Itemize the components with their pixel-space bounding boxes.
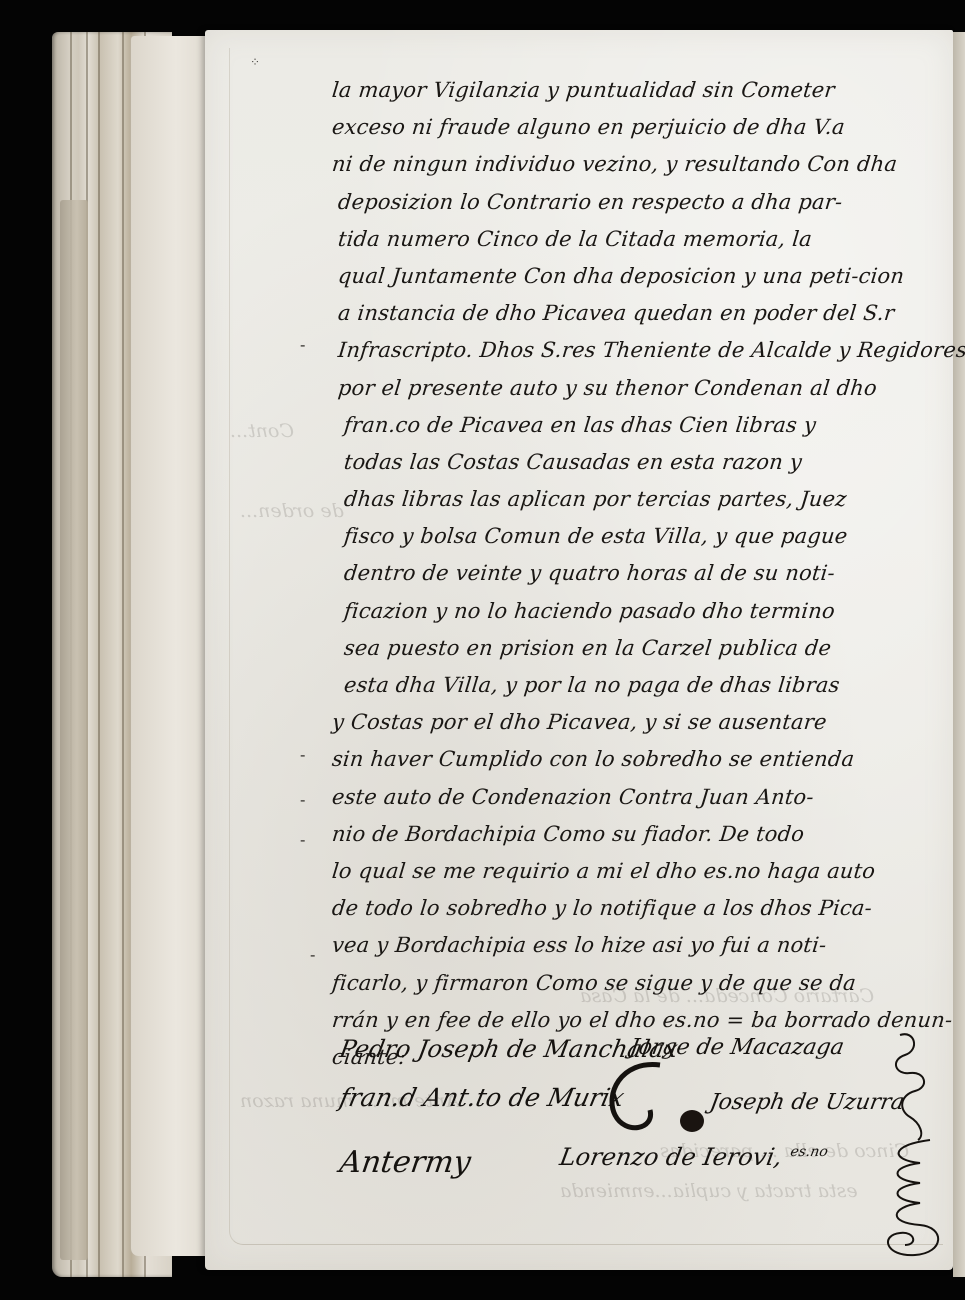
text-line: y Costas por el dho Picavea, y si se aus…	[328, 704, 942, 741]
margin-dash: -	[300, 335, 305, 354]
margin-dash: -	[300, 830, 305, 849]
text-line: exceso ni fraude alguno en perjuicio de …	[328, 109, 942, 146]
signature: fran.d Ant.to de Murix	[337, 1083, 627, 1112]
text-line: sin haver Cumplido con lo sobredho se en…	[328, 741, 942, 778]
text-line: de todo lo sobredho y lo notifique a los…	[328, 890, 942, 927]
text-line: tida numero Cinco de la Citada memoria, …	[328, 221, 942, 258]
text-line: dhas libras las aplican por tercias part…	[328, 481, 942, 518]
text-line: sea puesto en prision en la Carzel publi…	[328, 630, 942, 667]
signature: Lorenzo de Ierovi, es.no	[558, 1143, 830, 1171]
signature-name: Lorenzo de Ierovi,	[558, 1143, 785, 1171]
text-line: dentro de veinte y quatro horas al de su…	[328, 555, 942, 592]
binding-strip	[60, 200, 88, 1260]
rubric-flourish-icon	[870, 1135, 950, 1265]
text-line: fisco y bolsa Comun de esta Villa, y que…	[328, 518, 942, 555]
facing-page-edge	[953, 32, 965, 1277]
rubric-flourish-icon	[870, 1025, 950, 1145]
margin-dash: -	[300, 745, 305, 764]
text-line: deposizion lo Contrario en respecto a dh…	[328, 184, 942, 221]
text-line: fran.co de Picavea en las dhas Cien libr…	[328, 407, 942, 444]
text-line: ficazion y no lo haciendo pasado dho ter…	[328, 593, 942, 630]
signature-title: es.no	[789, 1144, 829, 1160]
text-line: lo qual se me requirio a mi el dho es.no…	[328, 853, 942, 890]
manuscript-body: la mayor Vigilanzia y puntualidad sin Co…	[330, 72, 940, 1076]
page-corner-mark: ⁘	[250, 55, 260, 69]
text-line: este auto de Condenazion Contra Juan Ant…	[328, 779, 942, 816]
text-line: ficarlo, y firmaron Como se sigue y de q…	[328, 965, 942, 1002]
text-line: todas las Costas Causadas en esta razon …	[328, 444, 942, 481]
text-line: rrán y en fee de ello yo el dho es.no = …	[328, 1002, 942, 1039]
text-line: vea y Bordachipia ess lo hize asi yo fui…	[328, 927, 942, 964]
rubric-flourish-icon	[600, 1055, 680, 1145]
text-line: ni de ningun individuo vezino, y resulta…	[328, 146, 942, 183]
text-line: esta dha Villa, y por la no paga de dhas…	[328, 667, 942, 704]
ink-blot	[680, 1110, 704, 1132]
text-line: por el presente auto y su thenor Condena…	[328, 370, 942, 407]
signature-block: Pedro Joseph de Manchalax Jorge de Macaz…	[330, 1035, 950, 1265]
text-line: la mayor Vigilanzia y puntualidad sin Co…	[328, 72, 942, 109]
text-line: a instancia de dho Picavea quedan en pod…	[328, 295, 942, 332]
margin-dash: -	[310, 945, 315, 964]
text-line: Infrascripto. Dhos S.res Theniente de Al…	[328, 332, 942, 369]
text-line: nio de Bordachipia Como su fiador. De to…	[328, 816, 942, 853]
signature: Antermy	[338, 1145, 473, 1180]
text-line: qual Juntamente Con dha deposicion y una…	[328, 258, 942, 295]
margin-dash: -	[300, 790, 305, 809]
